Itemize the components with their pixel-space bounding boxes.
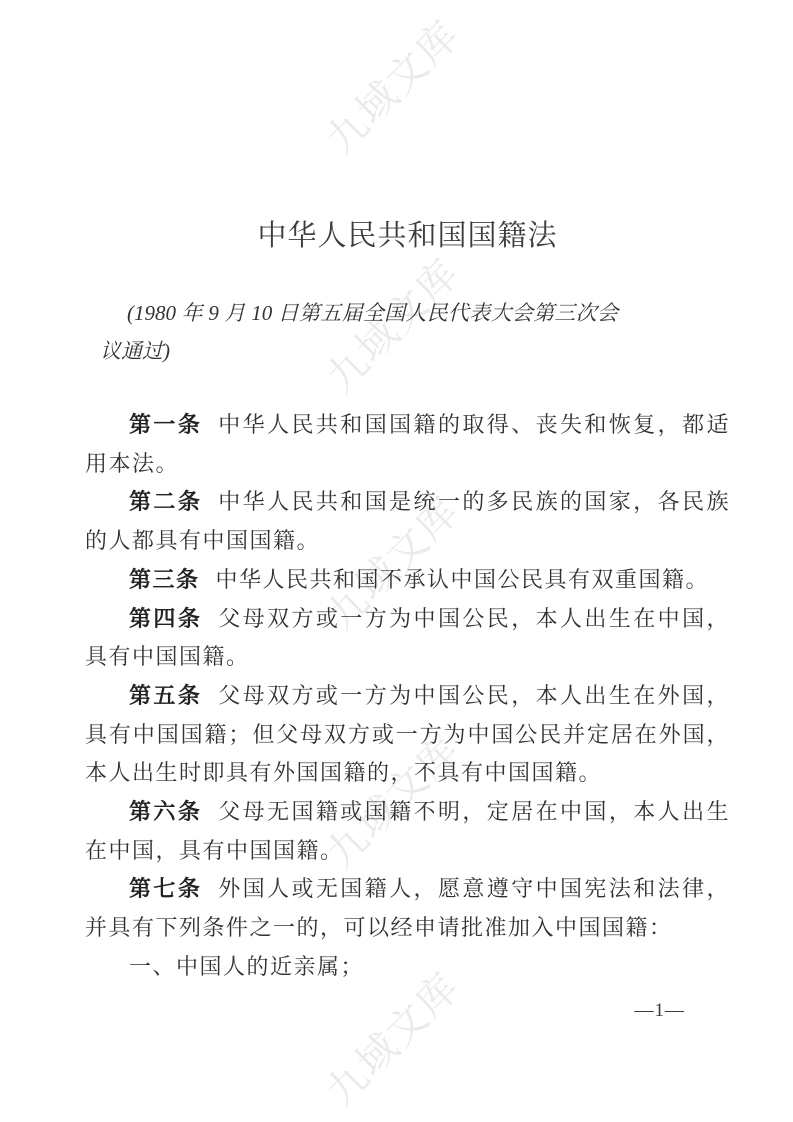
article-label: 第二条 (129, 489, 202, 514)
article-paragraph: 第三条中华人民共和国不承认中国公民具有双重国籍。 (85, 561, 730, 600)
article-label: 第一条 (129, 412, 202, 437)
document-page: 九域文库 九域文库 九域文库 九域文库 九域文库 中华人民共和国国籍法 (198… (0, 0, 793, 1122)
article-paragraph: 第一条中华人民共和国国籍的取得、丧失和恢复，都适用本法。 (85, 406, 730, 483)
article-paragraph: 第二条中华人民共和国是统一的多民族的国家，各民族的人都具有中国国籍。 (85, 483, 730, 560)
list-item: 一、中国人的近亲属； (85, 948, 730, 987)
document-title: 中华人民共和国国籍法 (85, 218, 730, 254)
article-paragraph: 第四条父母双方或一方为中国公民，本人出生在中国，具有中国国籍。 (85, 600, 730, 677)
article-text: 中华人民共和国不承认中国公民具有双重国籍。 (216, 567, 710, 592)
article-text: 一、中国人的近亲属； (129, 954, 364, 979)
article-label: 第四条 (129, 606, 202, 631)
document-subtitle: (1980 年 9 月 10 日第五届全国人民代表大会第三次会议通过) (100, 294, 618, 370)
page-content: 中华人民共和国国籍法 (1980 年 9 月 10 日第五届全国人民代表大会第三… (85, 0, 730, 987)
article-label: 第七条 (129, 876, 202, 901)
document-body: 第一条中华人民共和国国籍的取得、丧失和恢复，都适用本法。 第二条中华人民共和国是… (85, 406, 730, 987)
article-label: 第三条 (129, 567, 200, 592)
article-label: 第五条 (129, 683, 202, 708)
article-paragraph: 第七条外国人或无国籍人，愿意遵守中国宪法和法律，并具有下列条件之一的，可以经申请… (85, 870, 730, 947)
page-number: —1— (635, 1000, 686, 1022)
article-label: 第六条 (129, 799, 202, 824)
article-paragraph: 第六条父母无国籍或国籍不明，定居在中国，本人出生在中国，具有中国国籍。 (85, 793, 730, 870)
article-paragraph: 第五条父母双方或一方为中国公民，本人出生在外国，具有中国国籍；但父母双方或一方为… (85, 677, 730, 793)
